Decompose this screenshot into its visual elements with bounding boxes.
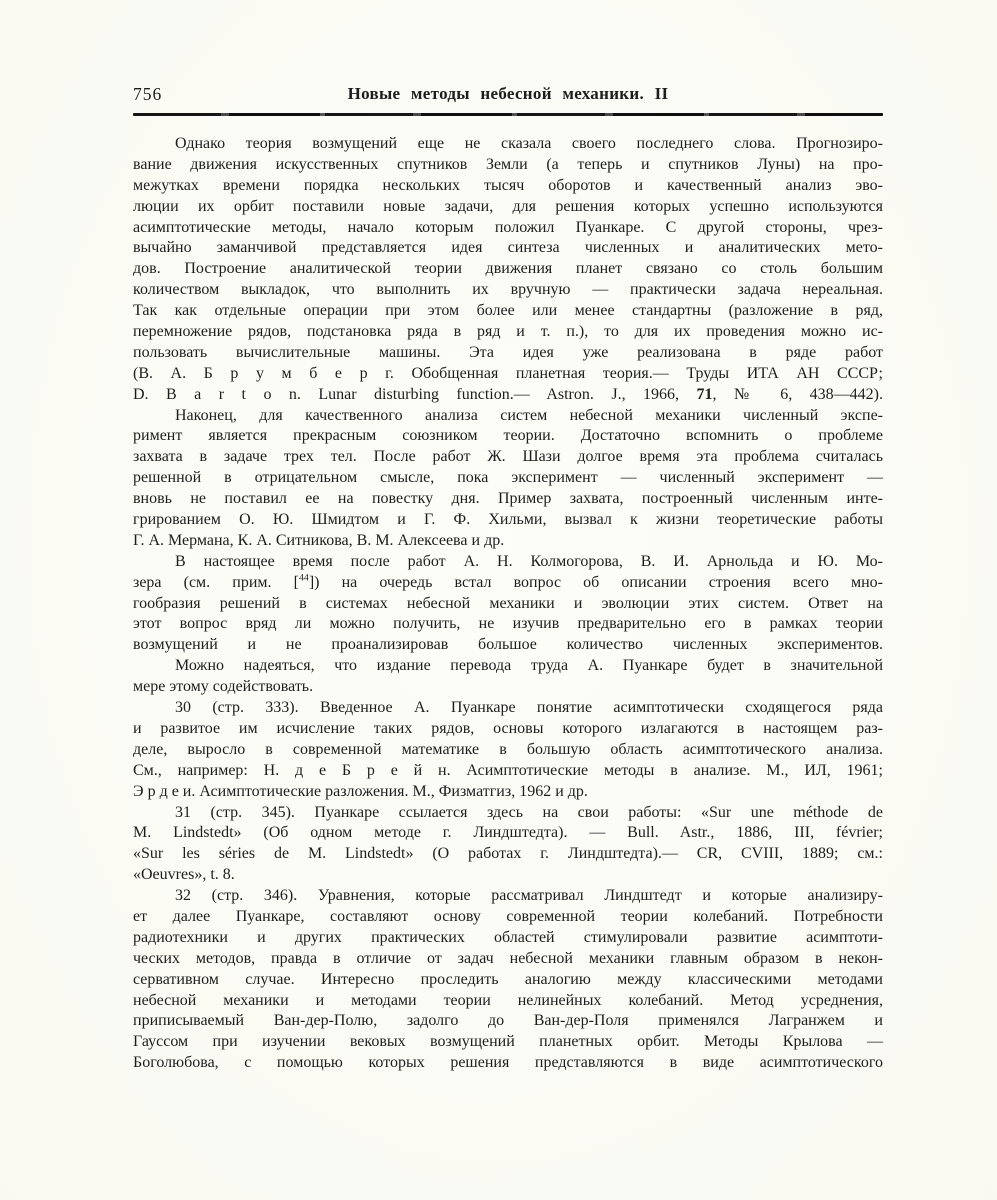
text-line: пользовать вычислительные машины. Эта ид… [133,343,883,364]
text-segment: ]) на очередь встал вопрос об описании с… [309,574,883,591]
text-line: гообразия решений в системах небесной ме… [133,594,883,615]
text-line: Э р д е и. Асимптотические разложения. М… [133,782,883,803]
text-line: деле, выросло в современной математике в… [133,740,883,761]
text-line: См., например: Н. д е Б р е й н. Асимпто… [133,761,883,782]
text-line: Наконец, для качественного анализа систе… [133,406,883,427]
text-line: Однако теория возмущений еще не сказала … [133,134,883,155]
text-line: вание движения искусственных спутников З… [133,155,883,176]
text-line: зера (см. прим. [44]) на очередь встал в… [133,573,883,594]
text-line: «Oeuvres», t. 8. [133,865,883,886]
text-line: Так как отдельные операции при этом боле… [133,301,883,322]
text-line: M. Lindstedt» (Об одном методе г. Линдшт… [133,823,883,844]
text-segment: 71 [697,386,713,403]
page-body: Однако теория возмущений еще не сказала … [133,134,883,1074]
paragraph: 31 (стр. 345). Пуанкаре ссылается здесь … [133,803,883,887]
footnote-reference: 44 [299,572,309,583]
text-line: захвата в задаче трех тел. После работ Ж… [133,447,883,468]
text-line: «Sur les séries de M. Lindstedt» (О рабо… [133,844,883,865]
text-line: люции их орбит поставили новые задачи, д… [133,197,883,218]
text-line: Боголюбова, с помощью которых решения пр… [133,1053,883,1074]
text-line: решенной в отрицательном смысле, пока эк… [133,468,883,489]
header-rule [133,113,883,116]
text-line: радиотехники и других практических облас… [133,928,883,949]
text-line: Г. А. Мермана, К. А. Ситникова, В. М. Ал… [133,531,883,552]
text-line: вычайно заманчивой представляется идея с… [133,238,883,259]
text-line: Гауссом при изучении вековых возмущений … [133,1032,883,1053]
paragraph: 32 (стр. 346). Уравнения, которые рассма… [133,886,883,1074]
text-line: ческих методов, правда в отличие от зада… [133,949,883,970]
scanned-book-page: 756 Новые методы небесной механики. II О… [0,0,997,1200]
text-line: 30 (стр. 333). Введенное А. Пуанкаре пон… [133,698,883,719]
text-line: и развитое им исчисление таких рядов, ос… [133,719,883,740]
text-line: перемножение рядов, подстановка ряда в р… [133,322,883,343]
text-line: ет далее Пуанкаре, составляют основу сов… [133,907,883,928]
text-segment: зера (см. прим. [ [133,574,299,591]
text-line: приписываемый Ван-дер-Полю, задолго до В… [133,1011,883,1032]
text-line: сервативном случае. Интересно проследить… [133,970,883,991]
text-line: римент является прекрасным союзником тео… [133,426,883,447]
paragraph: В настоящее время после работ А. Н. Колм… [133,552,883,656]
text-line: асимптотические методы, начало которым п… [133,218,883,239]
text-segment: D. B a r t o n. Lunar disturbing functio… [133,386,697,403]
text-line: мере этому содействовать. [133,677,883,698]
paragraph: Наконец, для качественного анализа систе… [133,406,883,552]
text-line: Можно надеяться, что издание перевода тр… [133,656,883,677]
text-line: В настоящее время после работ А. Н. Колм… [133,552,883,573]
text-line: этот вопрос вряд ли можно получить, не и… [133,614,883,635]
text-line: 31 (стр. 345). Пуанкаре ссылается здесь … [133,803,883,824]
text-line: возмущений и не проанализировав большое … [133,635,883,656]
paragraph: Можно надеяться, что издание перевода тр… [133,656,883,698]
text-line: межутках времени порядка нескольких тыся… [133,176,883,197]
text-line: 32 (стр. 346). Уравнения, которые рассма… [133,886,883,907]
text-line: дов. Построение аналитической теории дви… [133,259,883,280]
paragraph: 30 (стр. 333). Введенное А. Пуанкаре пон… [133,698,883,802]
text-line: грированием О. Ю. Шмидтом и Г. Ф. Хильми… [133,510,883,531]
running-title: Новые методы небесной механики. II [133,84,883,104]
text-line: D. B a r t o n. Lunar disturbing functio… [133,385,883,406]
paragraph: Однако теория возмущений еще не сказала … [133,134,883,406]
text-line: (В. А. Б р у м б е р г. Обобщенная плане… [133,364,883,385]
text-line: вновь не поставил ее на повестку дня. Пр… [133,489,883,510]
text-line: небесной механики и методами теории нели… [133,991,883,1012]
text-segment: , № 6, 438—442). [713,386,883,403]
text-line: количеством выкладок, что выполнить их в… [133,280,883,301]
